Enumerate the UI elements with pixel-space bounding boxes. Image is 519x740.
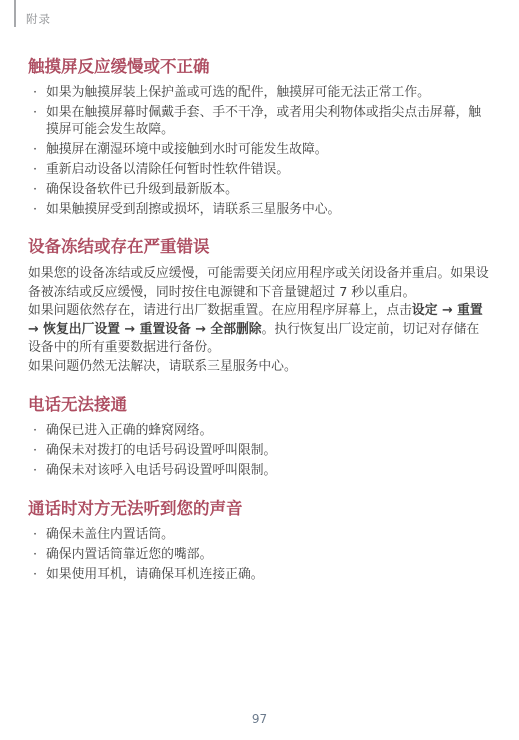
paragraph: 如果问题依然存在，请进行出厂数据重置。在应用程序屏幕上，点击设定 → 重置 → … [28,302,491,358]
paragraph: 如果问题仍然无法解决，请联系三星服务中心。 [28,358,491,377]
bullet-item: ·确保未对该呼入电话号码设置呼叫限制。 [28,463,491,480]
bullet-list: ·确保未盖住内置话筒。·确保内置话筒靠近您的嘴部。·如果使用耳机，请确保耳机连接… [28,527,491,584]
bullet-item: ·确保内置话筒靠近您的嘴部。 [28,547,491,564]
bullet-text: 如果使用耳机，请确保耳机连接正确。 [46,567,491,584]
bullet-marker: · [28,105,46,138]
bullet-list: ·确保已进入正确的蜂窝网络。·确保未对拨打的电话号码设置呼叫限制。·确保未对该呼… [28,423,491,480]
section-heading: 电话无法接通 [28,395,491,415]
bullet-item: ·确保已进入正确的蜂窝网络。 [28,423,491,440]
page-number: 97 [252,712,267,726]
header-accent-bar [14,0,16,27]
section: 触摸屏反应缓慢或不正确·如果为触摸屏装上保护盖或可选的配件，触摸屏可能无法正常工… [28,57,491,218]
bullet-text: 如果为触摸屏装上保护盖或可选的配件，触摸屏可能无法正常工作。 [46,85,491,102]
bullet-text: 触摸屏在潮湿环境中或接触到水时可能发生故障。 [46,142,491,159]
bullet-item: ·确保设备软件已升级到最新版本。 [28,182,491,199]
section: 通话时对方无法听到您的声音·确保未盖住内置话筒。·确保内置话筒靠近您的嘴部。·如… [28,499,491,584]
bullet-item: ·确保未对拨打的电话号码设置呼叫限制。 [28,443,491,460]
bullet-marker: · [28,547,46,564]
bullet-item: ·如果为触摸屏装上保护盖或可选的配件，触摸屏可能无法正常工作。 [28,85,491,102]
manual-page: 附录 触摸屏反应缓慢或不正确·如果为触摸屏装上保护盖或可选的配件，触摸屏可能无法… [0,0,519,740]
bullet-marker: · [28,443,46,460]
bullet-item: ·如果使用耳机，请确保耳机连接正确。 [28,567,491,584]
bullet-marker: · [28,202,46,219]
bullet-text: 确保内置话筒靠近您的嘴部。 [46,547,491,564]
paragraph-text: 如果您的设备冻结或反应缓慢，可能需要关闭应用程序或关闭设备并重启。如果设备被冻结… [28,266,489,300]
bullet-text: 如果在触摸屏幕时佩戴手套、手不干净，或者用尖利物体或指尖点击屏幕，触摸屏可能会发… [46,105,491,138]
section: 设备冻结或存在严重错误如果您的设备冻结或反应缓慢，可能需要关闭应用程序或关闭设备… [28,237,491,376]
bullet-text: 确保未对拨打的电话号码设置呼叫限制。 [46,443,491,460]
header-chapter-label: 附录 [26,11,51,27]
bullet-marker: · [28,85,46,102]
document-header: 附录 [0,0,519,27]
section-heading: 触摸屏反应缓慢或不正确 [28,57,491,77]
bullet-item: ·触摸屏在潮湿环境中或接触到水时可能发生故障。 [28,142,491,159]
bullet-item: ·重新启动设备以清除任何暂时性软件错误。 [28,162,491,179]
bullet-marker: · [28,182,46,199]
bullet-marker: · [28,527,46,544]
bullet-marker: · [28,142,46,159]
bullet-marker: · [28,567,46,584]
bullet-marker: · [28,423,46,440]
bullet-item: ·确保未盖住内置话筒。 [28,527,491,544]
section-heading: 通话时对方无法听到您的声音 [28,499,491,519]
paragraph: 如果您的设备冻结或反应缓慢，可能需要关闭应用程序或关闭设备并重启。如果设备被冻结… [28,265,491,302]
bullet-item: ·如果触摸屏受到刮擦或损坏，请联系三星服务中心。 [28,202,491,219]
bullet-marker: · [28,463,46,480]
bullet-item: ·如果在触摸屏幕时佩戴手套、手不干净，或者用尖利物体或指尖点击屏幕，触摸屏可能会… [28,105,491,138]
bullet-text: 确保未对该呼入电话号码设置呼叫限制。 [46,463,491,480]
paragraph-text: 如果问题依然存在，请进行出厂数据重置。在应用程序屏幕上，点击 [28,303,412,318]
section-heading: 设备冻结或存在严重错误 [28,237,491,257]
bullet-text: 重新启动设备以清除任何暂时性软件错误。 [46,162,491,179]
page-footer: 97 [0,708,519,727]
section: 电话无法接通·确保已进入正确的蜂窝网络。·确保未对拨打的电话号码设置呼叫限制。·… [28,395,491,480]
bullet-text: 确保设备软件已升级到最新版本。 [46,182,491,199]
bullet-text: 如果触摸屏受到刮擦或损坏，请联系三星服务中心。 [46,202,491,219]
bullet-text: 确保未盖住内置话筒。 [46,527,491,544]
content-area: 触摸屏反应缓慢或不正确·如果为触摸屏装上保护盖或可选的配件，触摸屏可能无法正常工… [28,57,491,583]
paragraph-text: 如果问题仍然无法解决，请联系三星服务中心。 [28,359,297,374]
bullet-list: ·如果为触摸屏装上保护盖或可选的配件，触摸屏可能无法正常工作。·如果在触摸屏幕时… [28,85,491,218]
bullet-marker: · [28,162,46,179]
bullet-text: 确保已进入正确的蜂窝网络。 [46,423,491,440]
